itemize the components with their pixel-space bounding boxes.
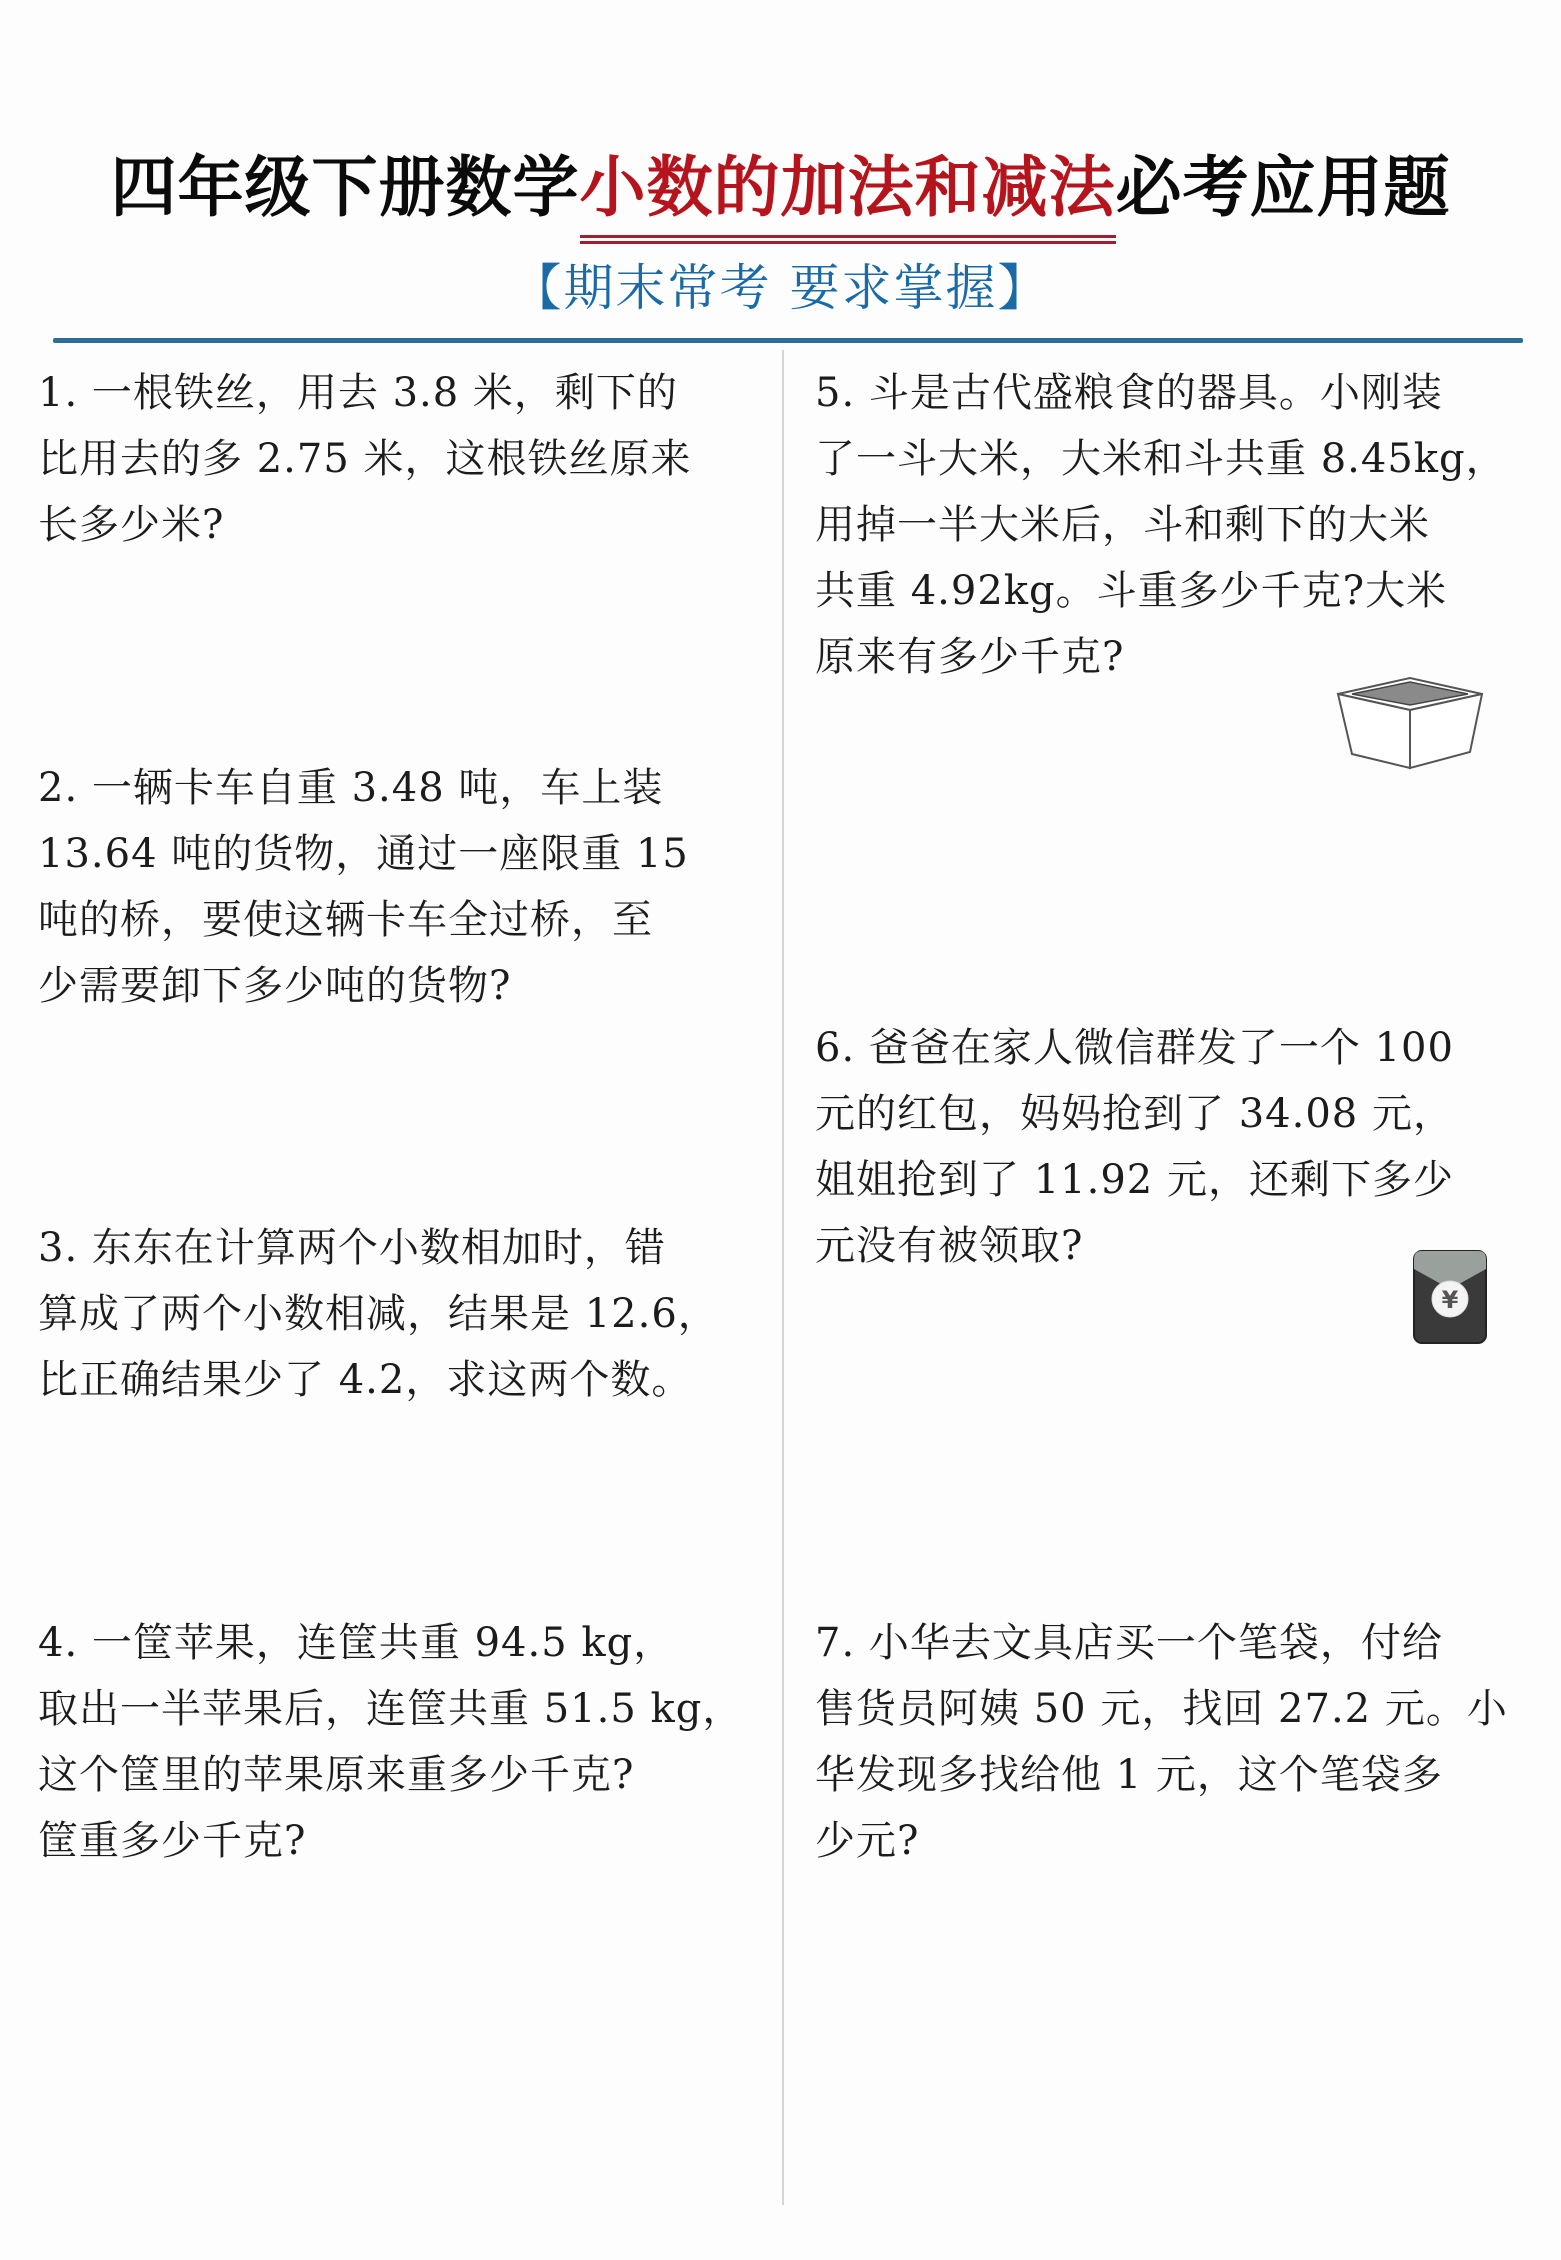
problem-4: 4. 一筐苹果，连筐共重 94.5 kg， 取出一半苹果后，连筐共重 51.5 … (38, 1610, 778, 1874)
problem-line: 4. 一筐苹果，连筐共重 94.5 kg， (38, 1610, 778, 1676)
problem-line: 筐重多少千克? (38, 1808, 778, 1874)
header-divider (53, 338, 1523, 343)
problem-line: 元的红包，妈妈抢到了 34.08 元， (815, 1081, 1555, 1147)
grain-measure-dou-icon (1330, 672, 1490, 772)
problem-3: 3. 东东在计算两个小数相加时，错 算成了两个小数相减，结果是 12.6， 比正… (38, 1215, 778, 1413)
title-suffix: 必考应用题 (1116, 149, 1451, 226)
problem-line: 1. 一根铁丝，用去 3.8 米，剩下的 (38, 360, 778, 426)
problem-line: 取出一半苹果后，连筐共重 51.5 kg， (38, 1676, 778, 1742)
problem-7: 7. 小华去文具店买一个笔袋，付给 售货员阿姨 50 元，找回 27.2 元。小… (815, 1610, 1555, 1874)
problem-line: 6. 爸爸在家人微信群发了一个 100 (815, 1015, 1555, 1081)
problem-line: 华发现多找给他 1 元，这个笔袋多 (815, 1742, 1555, 1808)
problem-line: 3. 东东在计算两个小数相加时，错 (38, 1215, 778, 1281)
problem-line: 这个筐里的苹果原来重多少千克? (38, 1742, 778, 1808)
problem-line: 售货员阿姨 50 元，找回 27.2 元。小 (815, 1676, 1555, 1742)
problem-line: 了一斗大米，大米和斗共重 8.45kg， (815, 426, 1555, 492)
problem-line: 少元? (815, 1808, 1555, 1874)
problem-5: 5. 斗是古代盛粮食的器具。小刚装 了一斗大米，大米和斗共重 8.45kg， 用… (815, 360, 1555, 690)
problem-line: 13.64 吨的货物，通过一座限重 15 (38, 821, 778, 887)
problem-line: 比正确结果少了 4.2，求这两个数。 (38, 1347, 778, 1413)
problem-1: 1. 一根铁丝，用去 3.8 米，剩下的 比用去的多 2.75 米，这根铁丝原来… (38, 360, 778, 558)
problem-6: 6. 爸爸在家人微信群发了一个 100 元的红包，妈妈抢到了 34.08 元， … (815, 1015, 1555, 1279)
problem-line: 2. 一辆卡车自重 3.48 吨，车上装 (38, 755, 778, 821)
problem-line: 算成了两个小数相减，结果是 12.6， (38, 1281, 778, 1347)
column-divider (782, 350, 784, 2205)
problem-line: 姐姐抢到了 11.92 元，还剩下多少 (815, 1147, 1555, 1213)
problem-line: 5. 斗是古代盛粮食的器具。小刚装 (815, 360, 1555, 426)
problem-line: 少需要卸下多少吨的货物? (38, 953, 778, 1019)
page-title: 四年级下册数学小数的加法和减法必考应用题 (0, 148, 1561, 228)
problem-line: 吨的桥，要使这辆卡车全过桥，至 (38, 887, 778, 953)
yuan-glyph: ¥ (1442, 1286, 1459, 1314)
title-prefix: 四年级下册数学 (111, 149, 580, 226)
page-subtitle: 【期末常考 要求掌握】 (0, 258, 1561, 318)
problem-line: 共重 4.92kg。斗重多少千克?大米 (815, 558, 1555, 624)
problem-line: 长多少米? (38, 492, 778, 558)
red-envelope-yuan-icon: ¥ (1410, 1247, 1490, 1347)
problem-line: 比用去的多 2.75 米，这根铁丝原来 (38, 426, 778, 492)
problem-line: 用掉一半大米后，斗和剩下的大米 (815, 492, 1555, 558)
problem-line: 7. 小华去文具店买一个笔袋，付给 (815, 1610, 1555, 1676)
title-highlight: 小数的加法和减法 (580, 148, 1116, 228)
problem-2: 2. 一辆卡车自重 3.48 吨，车上装 13.64 吨的货物，通过一座限重 1… (38, 755, 778, 1019)
